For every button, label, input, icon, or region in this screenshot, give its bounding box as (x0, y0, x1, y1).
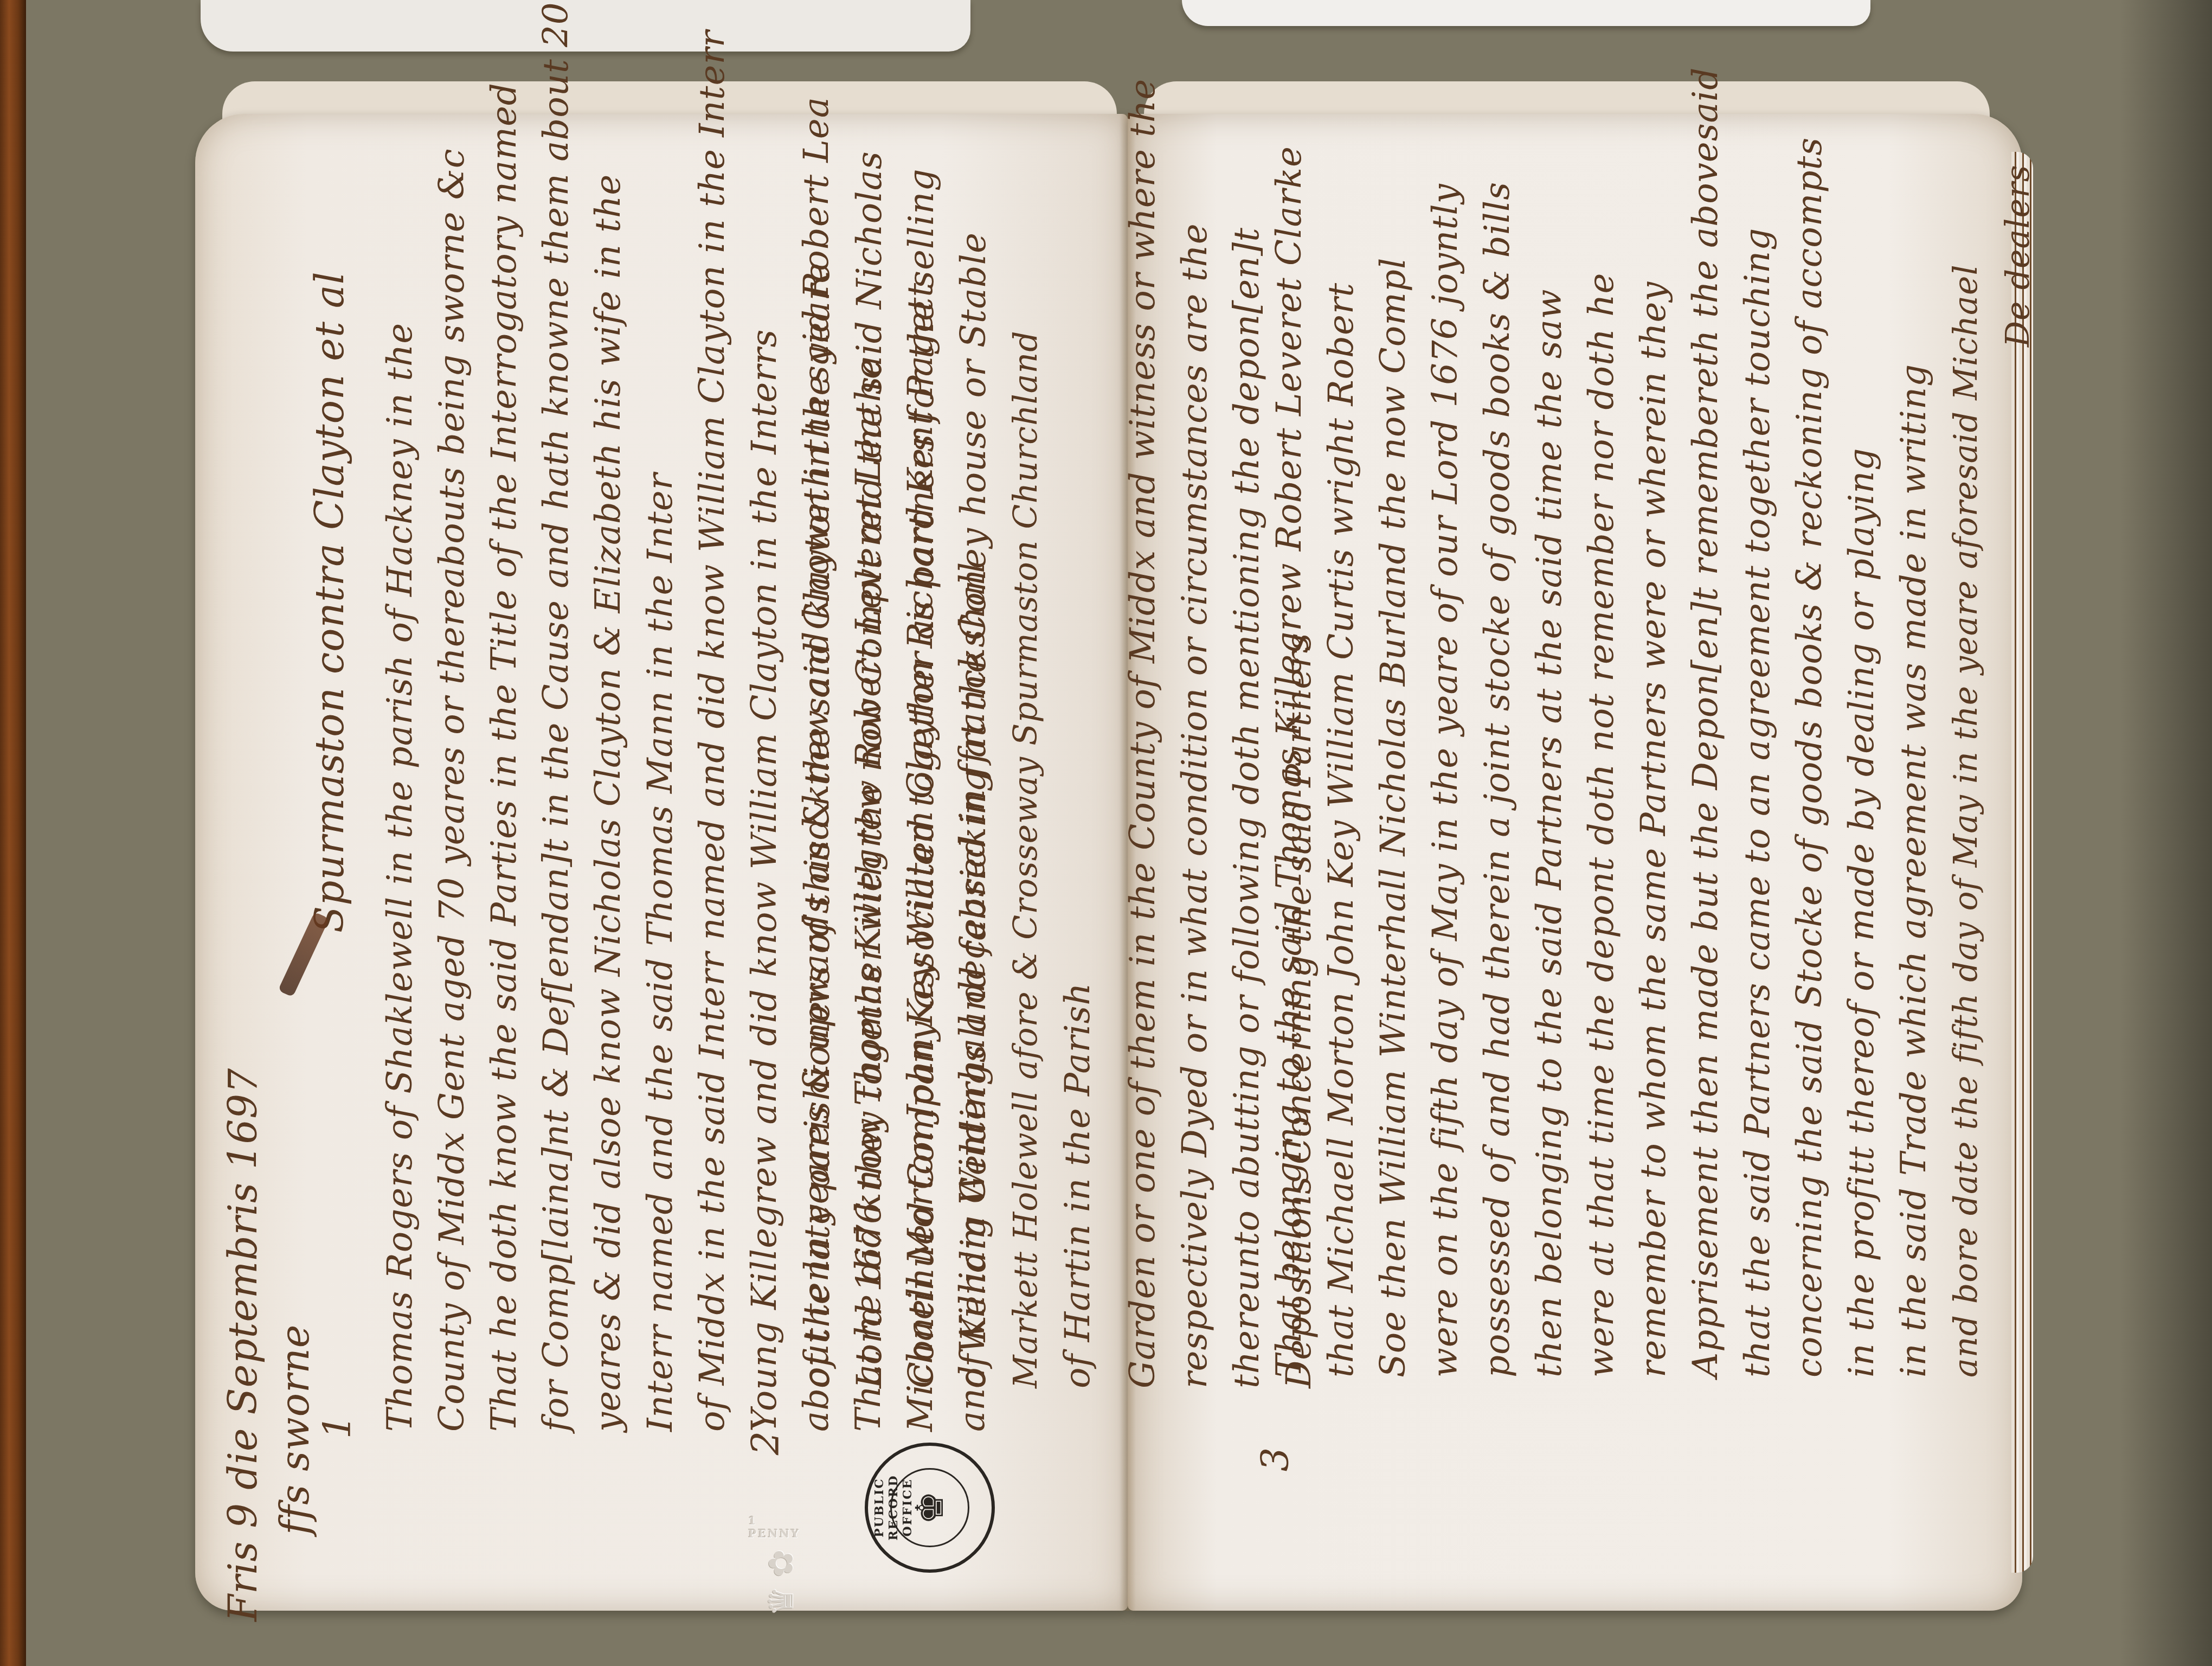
crown-icon: ♛ (761, 1586, 801, 1616)
text-line: were on the fifth day of May in the year… (1419, 67, 1471, 1377)
text-line: were at that time the depont doth not re… (1576, 67, 1628, 1377)
entry-number-3: 3 (1253, 1447, 1297, 1472)
text-line: Markett Holewell afore & Crosseway Spurm… (1000, 151, 1052, 1388)
tudor-rose-icon: ✿ (761, 1549, 801, 1577)
emboss-label: 1 PENNY (748, 1514, 813, 1540)
loose-sheet-top-right (1182, 0, 1870, 26)
public-record-office-stamp: PUBLIC RECORD OFFICE ♚ (865, 1443, 995, 1573)
wooden-frame-edge (0, 0, 26, 1666)
text-line: then belonging to the said Partners at t… (1523, 67, 1576, 1377)
text-line: That belonging to the said Thomas Killeg… (1263, 67, 1315, 1377)
date-line: Fris 9 die Septembris 1697 (217, 1068, 269, 1622)
text-line: Lord 1676 they together with the now Com… (844, 151, 896, 1388)
text-line: Young Killegrew and did know William Cla… (738, 2, 790, 1432)
text-line: That he doth know the said Parties in th… (478, 2, 530, 1432)
stamp-text: PUBLIC RECORD OFFICE (872, 1446, 915, 1569)
text-line: in the said Trade which agreement was ma… (1888, 67, 1940, 1377)
text-line: for Comp[laina]nt & Def[endan]t in the C… (530, 2, 582, 1432)
text-line: Continued Company associated together as… (896, 151, 948, 1388)
text-line: Soe then William Winterhall Nicholas Bur… (1367, 67, 1419, 1377)
text-line: yeares & did alsoe know Nicholas Clayton… (582, 2, 634, 1432)
text-line: Apprisement then made but the Depon[en]t… (1680, 67, 1732, 1377)
heading-column: Spurmaston contra Clayton et al (304, 271, 356, 933)
case-heading: Spurmaston contra Clayton et al (304, 271, 356, 933)
text-line: Garden or one of them in the County of M… (1117, 79, 1169, 1388)
witness-line: ffs sworne (269, 1068, 321, 1622)
text-line: remember to whom the same Partners were … (1628, 67, 1680, 1377)
entry-number-2: 2 (743, 1431, 788, 1456)
text-line: County of Middx Gent aged 70 yeares or t… (426, 2, 478, 1432)
text-line: Interr named and the said Thomas Mann in… (634, 2, 686, 1432)
text-line: that Michaell Morton John Key William Cu… (1315, 67, 1367, 1377)
text-line: Thomas Rogers of Shaklewell in the paris… (374, 2, 426, 1432)
text-line: De dealers (1992, 67, 2044, 1377)
right-entry-3-text: That belonging to the said Thomas Killeg… (1263, 67, 2044, 1377)
embossed-penny-stamp: ♛ ✿ 1 PENNY (748, 1486, 813, 1616)
date-column: Fris 9 die Septembris 1697 ffs sworne (217, 1068, 321, 1622)
text-line: and bore date the fifth day of May in th… (1940, 67, 1992, 1377)
text-line: of Kendig Geldings and fabricking at the… (948, 151, 1000, 1388)
text-line: of the late parishioners of this & the s… (792, 151, 844, 1388)
text-line: of Hartin in the Parish (1052, 151, 1104, 1388)
text-line: concerning the said Stocke of goods book… (1784, 67, 1836, 1377)
entry-number-1: 1 (315, 1415, 359, 1439)
entry-2-text: of the late parishioners of this & the s… (792, 151, 1104, 1388)
text-line: of Middx in the said Interr named and di… (686, 2, 738, 1432)
text-line: respectively Dyed or in what condition o… (1169, 79, 1221, 1388)
text-line: in the profitt thereof or made by dealin… (1836, 67, 1888, 1377)
text-line: possessed of and had therein a joint sto… (1471, 67, 1523, 1377)
mat-shadow (2120, 0, 2212, 1666)
text-line: that the said Partners came to an agreem… (1732, 67, 1784, 1377)
